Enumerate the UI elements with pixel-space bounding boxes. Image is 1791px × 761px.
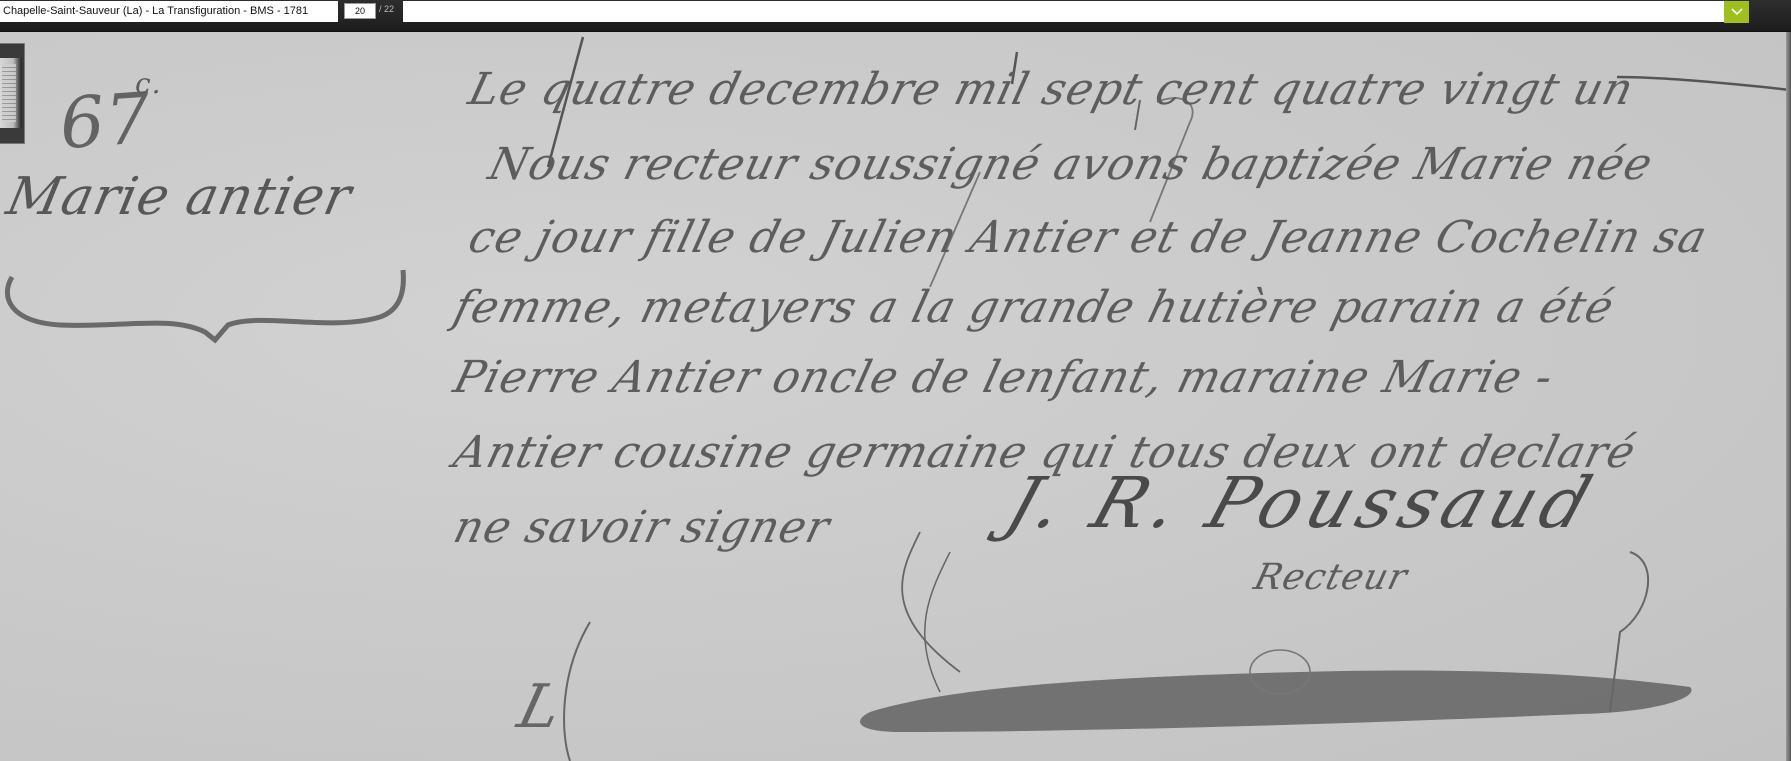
page-number-input[interactable]	[344, 3, 376, 19]
manuscript-line: Pierre Antier oncle de lenfant, maraine …	[449, 352, 1559, 403]
document-image-viewer[interactable]: 67 c. Marie antier Le quatre decembre mi…	[0, 32, 1791, 761]
chevron-down-icon	[1730, 7, 1744, 17]
document-title-field[interactable]: Chapelle-Saint-Sauveur (La) - La Transfi…	[0, 1, 338, 22]
manuscript-line: Le quatre decembre mil sept cent quatre …	[464, 64, 1640, 115]
page-right-edge	[1786, 32, 1791, 761]
manuscript-line: ce jour fille de Julien Antier et de Jea…	[464, 212, 1713, 263]
page-thumbnail-image[interactable]	[0, 58, 22, 128]
page-total-label: / 22	[379, 4, 394, 14]
page-selector-field[interactable]	[403, 1, 1724, 22]
margin-entry-suffix: c.	[135, 67, 162, 100]
margin-name: Marie antier	[2, 167, 357, 227]
manuscript-line: ne savoir signer	[449, 502, 836, 553]
signature: J. R. Poussaud	[997, 462, 1607, 544]
manuscript-line: femme, metayers a la grande hutière para…	[449, 282, 1620, 333]
page-dropdown-button[interactable]	[1724, 1, 1749, 23]
signature-title: Recteur	[1250, 557, 1412, 598]
viewer-toolbar: Chapelle-Saint-Sauveur (La) - La Transfi…	[0, 0, 1791, 32]
manuscript-line: Nous recteur soussigné avons baptizée Ma…	[484, 139, 1658, 190]
page-thumbnail-navigator[interactable]	[0, 43, 25, 144]
